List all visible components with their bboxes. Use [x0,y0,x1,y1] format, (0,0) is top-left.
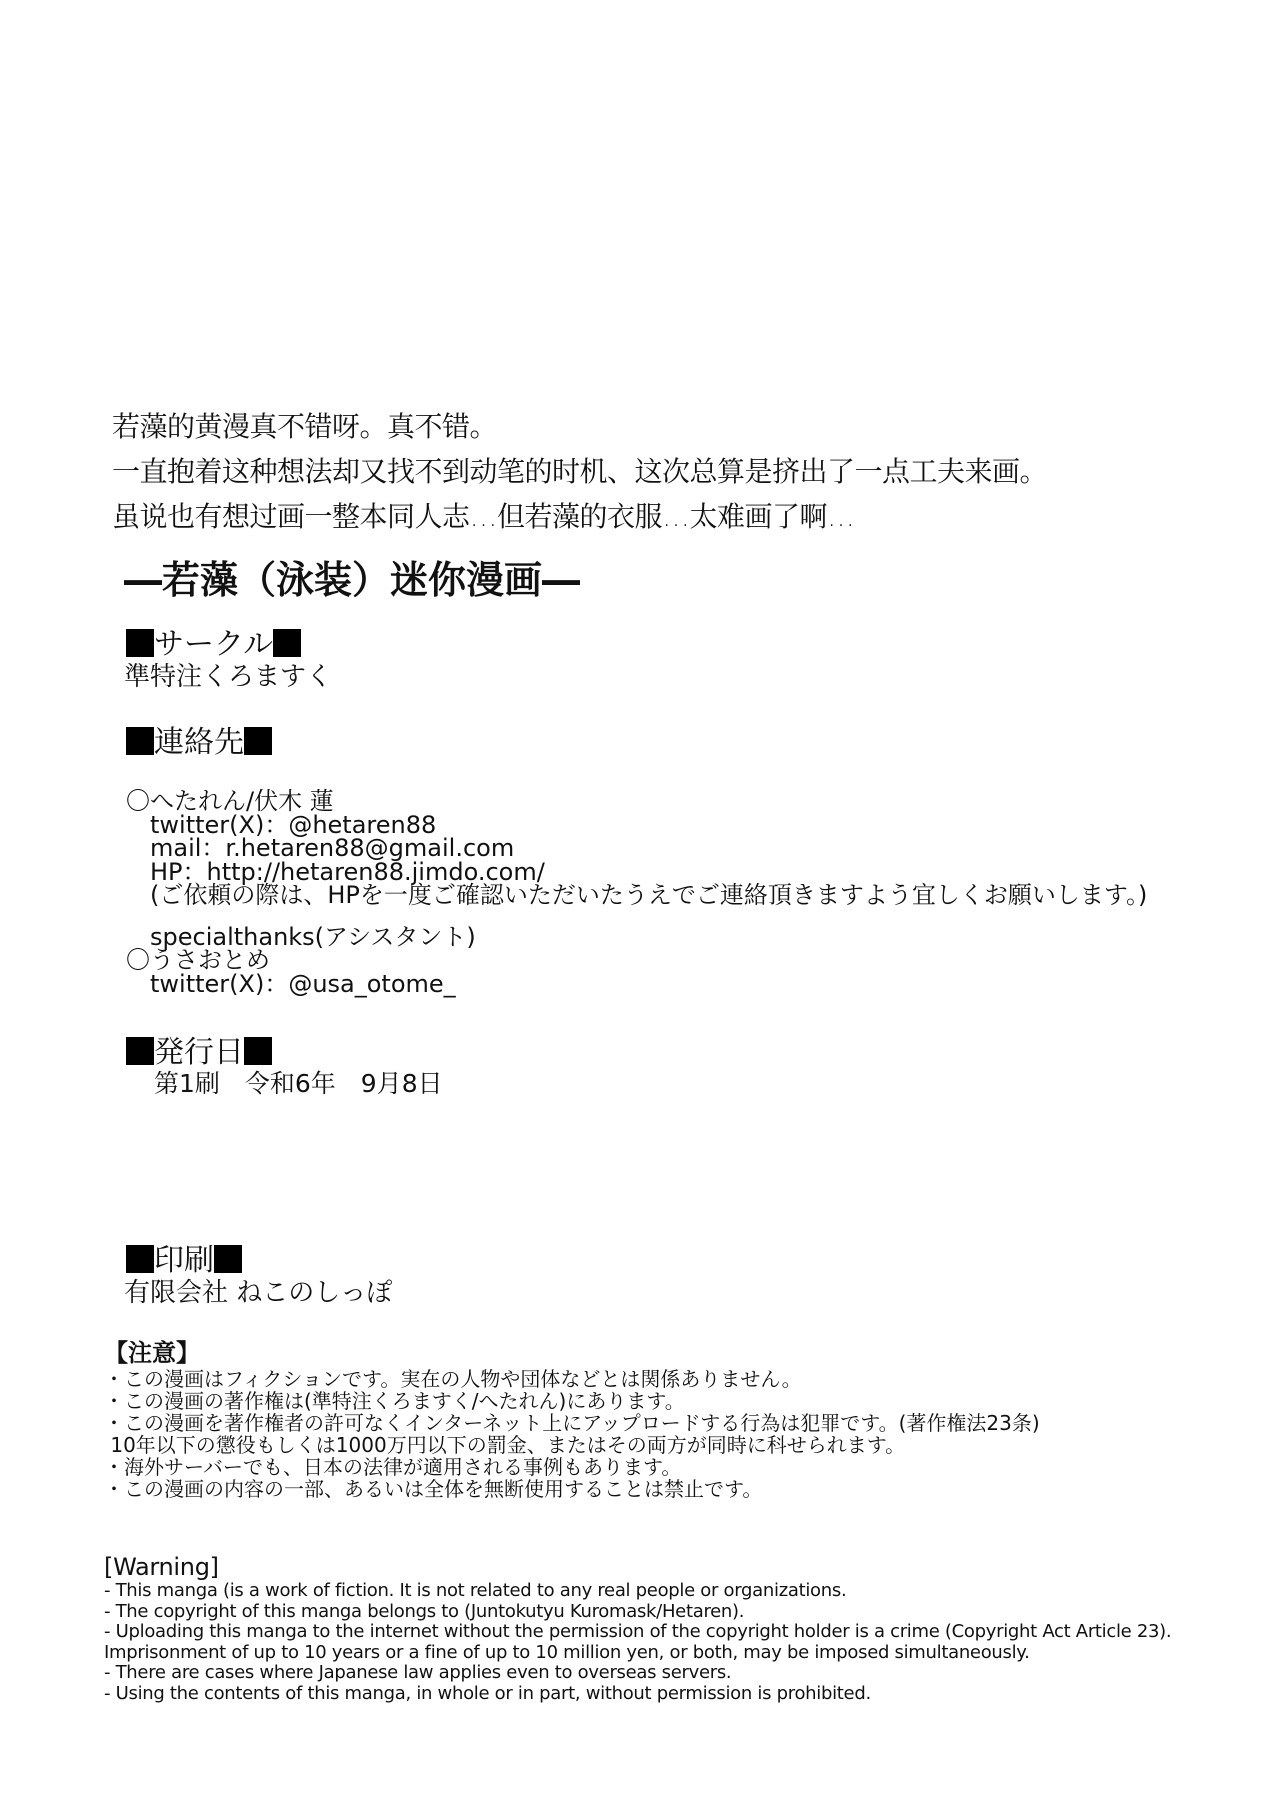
warning-line: Imprisonment of up to 10 years or a fine… [104,1643,1171,1664]
assistant-name: 〇うさおとめ [126,949,1147,973]
square-bullet-icon [126,1037,154,1065]
warning-line: - The copyright of this manga belongs to… [104,1602,1171,1623]
square-bullet-icon [244,1037,272,1065]
afterword-line: 一直抱着这种想法却又找不到动笔的时机、这次总算是挤出了一点工夫来画。 [112,449,1047,494]
notice-line: ・この漫画はフィクションです。実在の人物や団体などとは関係ありません。 [104,1368,1040,1390]
assistant-twitter[interactable]: twitter(X)：@usa_otome_ [126,973,1147,997]
square-bullet-icon [126,629,154,657]
notice-heading: 【注意】 [104,1338,1040,1368]
contact-block: 〇へたれん/伏木 蓮 twitter(X)：@hetaren88 mail：r.… [126,790,1147,996]
notice-line: 10年以下の懲役もしくは1000万円以下の罰金、またはその両方が同時に科せられま… [104,1434,1040,1456]
square-bullet-icon [273,629,301,657]
notice-line: ・海外サーバーでも、日本の法律が適用される事例もあります。 [104,1456,1040,1478]
printing-heading: 印刷 [126,1244,242,1278]
notice-line: ・この漫画を著作権者の許可なくインターネット上にアップロードする行為は犯罪です。… [104,1412,1040,1434]
warning-heading: [Warning] [104,1553,1171,1581]
contact-heading: 連絡先 [126,726,272,760]
warning-line: - Uploading this manga to the internet w… [104,1622,1171,1643]
contact-heading-label: 連絡先 [154,725,244,760]
square-bullet-icon [126,727,154,755]
printing-company: 有限会社 ねこのしっぽ [124,1279,392,1307]
author-name: 〇へたれん/伏木 蓮 [126,790,1147,814]
circle-name: 準特注くろますく [124,663,332,691]
circle-heading-label: サークル [154,627,273,662]
notice-line: ・この漫画の内容の一部、あるいは全体を無断使用することは禁止です。 [104,1478,1040,1500]
square-bullet-icon [244,727,272,755]
afterword-line: 虽说也有想过画一整本同人志…但若藻的衣服…太难画了啊… [112,494,1047,539]
warning-line: - This manga (is a work of fiction. It i… [104,1581,1171,1602]
circle-heading: サークル [126,628,301,662]
publish-date: 第1刷 令和6年 9月8日 [154,1070,443,1098]
warning-line: - There are cases where Japanese law app… [104,1663,1171,1684]
printing-heading-label: 印刷 [154,1243,214,1278]
warning-line: - Using the contents of this manga, in w… [104,1684,1171,1705]
publish-heading: 発行日 [126,1036,272,1070]
notice-japanese: 【注意】 ・この漫画はフィクションです。実在の人物や団体などとは関係ありません。… [104,1338,1040,1500]
square-bullet-icon [126,1245,154,1273]
special-thanks-label: specialthanks(アシスタント) [126,926,1147,950]
notice-english: [Warning] - This manga (is a work of fic… [104,1553,1171,1704]
commission-note: (ご依頼の際は、HPを一度ご確認いただいたうえでご連絡頂きますよう宜しくお願いし… [126,884,1147,908]
author-mail[interactable]: mail：r.hetaren88@gmail.com [126,837,1147,861]
afterword-line: 若藻的黄漫真不错呀。真不错。 [112,404,1047,449]
square-bullet-icon [214,1245,242,1273]
notice-line: ・この漫画の著作権は(準特注くろますく/へたれん)にあります。 [104,1390,1040,1412]
publish-heading-label: 発行日 [154,1035,244,1070]
afterword: 若藻的黄漫真不错呀。真不错。 一直抱着这种想法却又找不到动笔的时机、这次总算是挤… [112,404,1047,539]
page-title: ―若藻（泳装）迷你漫画― [124,556,580,604]
